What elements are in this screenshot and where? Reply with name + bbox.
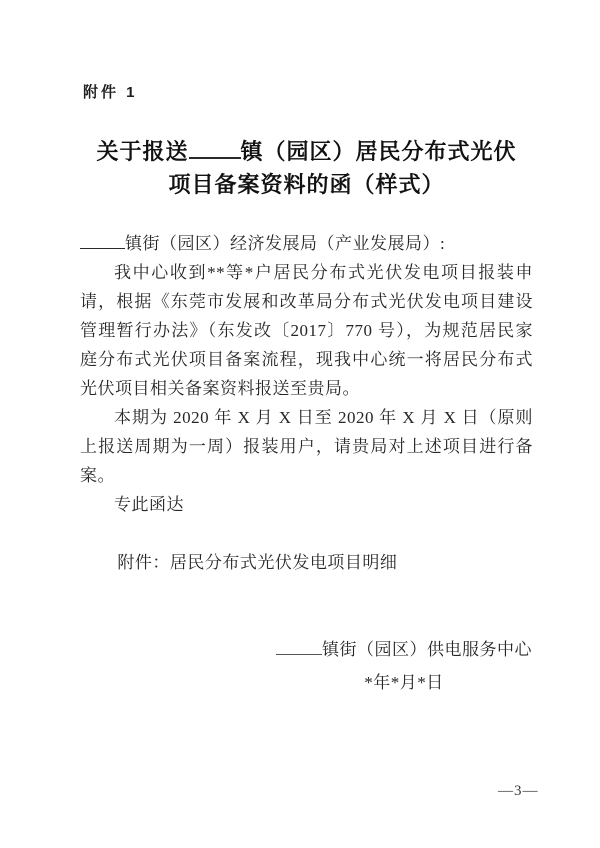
signature-org-text: 镇街（园区）供电服务中心 (322, 640, 532, 659)
attachment-note: 附件：居民分布式光伏发电项目明细 (80, 548, 533, 577)
body-paragraph-1: 我中心收到**等*户居民分布式光伏发电项目报装申请，根据《东莞市发展和改革局分布… (80, 258, 533, 403)
closing-phrase: 专此函达 (80, 490, 533, 519)
salutation-line: 镇街（园区）经济发展局（产业发展局）: (80, 229, 533, 258)
signature-blank-underline (276, 637, 322, 655)
signature-date: *年*月*日 (276, 668, 532, 697)
signature-org-line: 镇街（园区）供电服务中心 (276, 635, 532, 664)
title-line1-prefix: 关于报送 (96, 139, 188, 164)
title-line2: 项目备案资料的函（样式） (168, 172, 444, 197)
title-blank-underline (189, 135, 241, 159)
body-paragraph-2: 本期为 2020 年 X 月 X 日至 2020 年 X 月 X 日（原则上报送… (80, 403, 533, 490)
salutation-text: 镇街（园区）经济发展局（产业发展局）: (125, 234, 445, 253)
signature-block: 镇街（园区）供电服务中心 *年*月*日 (276, 635, 532, 697)
page-number: —3— (498, 783, 539, 800)
salutation-blank-underline (80, 231, 125, 249)
attachment-label: 附件 1 (83, 84, 533, 102)
document-title: 关于报送镇（园区）居民分布式光伏 项目备案资料的函（样式） (80, 135, 533, 201)
title-line1-suffix: 镇（园区）居民分布式光伏 (241, 139, 517, 164)
document-page: 附件 1 关于报送镇（园区）居民分布式光伏 项目备案资料的函（样式） 镇街（园区… (0, 0, 600, 848)
